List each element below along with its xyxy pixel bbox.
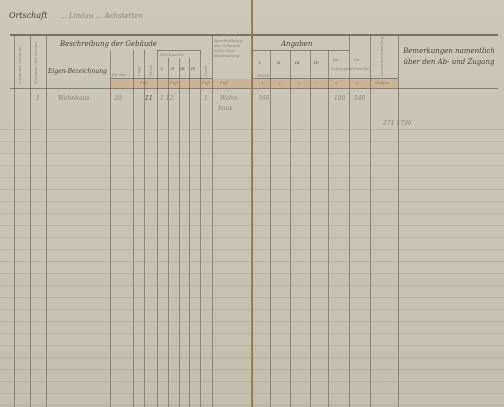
band-label: Fuß [202,80,210,85]
col-stock: Stock [148,54,153,76]
angaben-rule [253,50,349,51]
ledger-right-page: Angaben I II III IV für Schuppen für Gew… [253,0,504,407]
row1-stock: 11 [145,95,153,102]
numeral-i: I [161,66,163,71]
group-title-angaben: Angaben [281,40,312,48]
col-schuppen: Schuppen [331,66,351,71]
remarks-header: Bemerkungen namentlich über den Ab- und … [403,46,495,68]
band-value: a [335,80,337,85]
numeral-iii: III [180,66,185,71]
band-label: Fuß [140,80,148,85]
col-bemerkung: Beschreibung der Gebäude nach ihrer Best… [214,38,250,58]
band-label: Fuß [170,80,178,85]
band-value: u [298,80,301,85]
col-ii: II [277,60,280,65]
col-gewerbe: Gewerbe [351,66,369,71]
row1-value-1: 360 [258,95,269,102]
section-werth: Werth [257,73,269,78]
place-label: Ortschaft [9,11,47,20]
subheader-band [110,79,252,88]
row1-value-3: 540 [354,95,365,102]
col-hausnummer: Nummer des Hauses [33,40,38,84]
row1-description: Wohn- [220,95,239,102]
stockwerke-rule [157,50,200,51]
numeral-ii: II [171,66,174,71]
row1-dach: 1 [204,95,208,102]
row1-number: 1 [36,95,40,102]
group-stockwerke: Stockwerke [160,52,184,57]
numeral-iv: IV [191,66,195,71]
col-fuer-2: für [354,57,360,62]
ledger-left-page: Ortschaft ... Lindau ... Achstetten Lauf… [0,0,252,407]
band-value: f [279,80,280,85]
row1-name: Wohnhaus [58,95,90,102]
row1-lage: 20 [114,95,122,102]
col-lage: Lage [136,54,141,76]
ruled-lines [0,118,252,407]
col-iv: IV [314,60,318,65]
row1-note: 371 1796 [383,120,412,127]
row1-description-2: haus [218,105,232,112]
row1-stockwerke: 1.12 [160,95,173,102]
col-fuer-den: für den [112,72,127,77]
col-laufende-nummer: Laufende Nummer [17,44,22,84]
col-eigen-bezeichnung: Eigen-Bezeichnung [48,68,107,75]
col-dach: Dach [203,54,208,76]
col-i: I [259,60,261,65]
col-gesammt: Gesammt-Anschlag [379,40,384,76]
band-value: a [356,80,358,85]
band-value: c [316,80,318,85]
header-top-rule [253,34,498,36]
col-fuer-1: für [333,57,339,62]
row1-value-2: 180 [334,95,345,102]
place-entry: ... Lindau ... Achstetten [60,12,143,20]
group-title-beschreibung: Beschreibung der Gebäude [60,40,157,48]
band-value: a [261,80,263,85]
band-gulden: Gulden [375,80,390,85]
col-iii: III [295,60,300,65]
band-label: Fuß [220,80,228,85]
